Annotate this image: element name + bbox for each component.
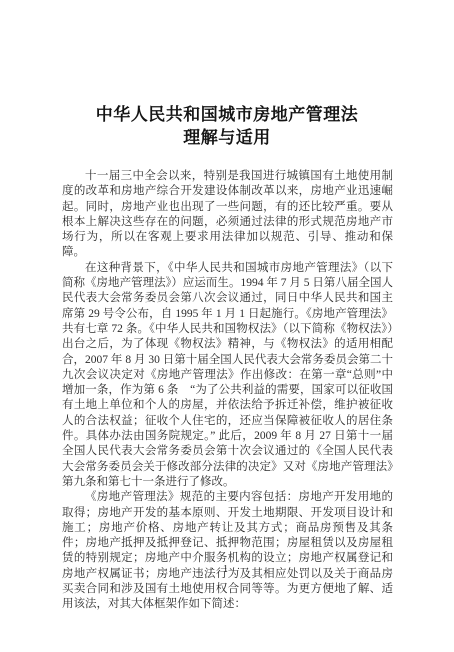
book-page: 中华人民共和国城市房地产管理法 理解与适用 十一届三中全会以来，特别是我国进行城… — [0, 0, 454, 652]
title-line-1: 中华人民共和国城市房地产管理法 — [0, 103, 454, 126]
body-paragraph: 《房地产管理法》规范的主要内容包括：房地产开发用地的取得；房地产开发的基本原则、… — [62, 490, 393, 612]
title-line-2: 理解与适用 — [0, 126, 454, 149]
page-number: · 1 · — [0, 564, 454, 575]
body-paragraph: 在这种背景下，《中华人民共和国城市房地产管理法》（以下简称《房地产管理法》）应运… — [62, 261, 393, 490]
body-text: 十一届三中全会以来，特别是我国进行城镇国有土地使用制度的改革和房地产综合开发建设… — [62, 169, 393, 613]
page-title: 中华人民共和国城市房地产管理法 理解与适用 — [0, 103, 454, 149]
body-paragraph: 十一届三中全会以来，特别是我国进行城镇国有土地使用制度的改革和房地产综合开发建设… — [62, 169, 393, 261]
